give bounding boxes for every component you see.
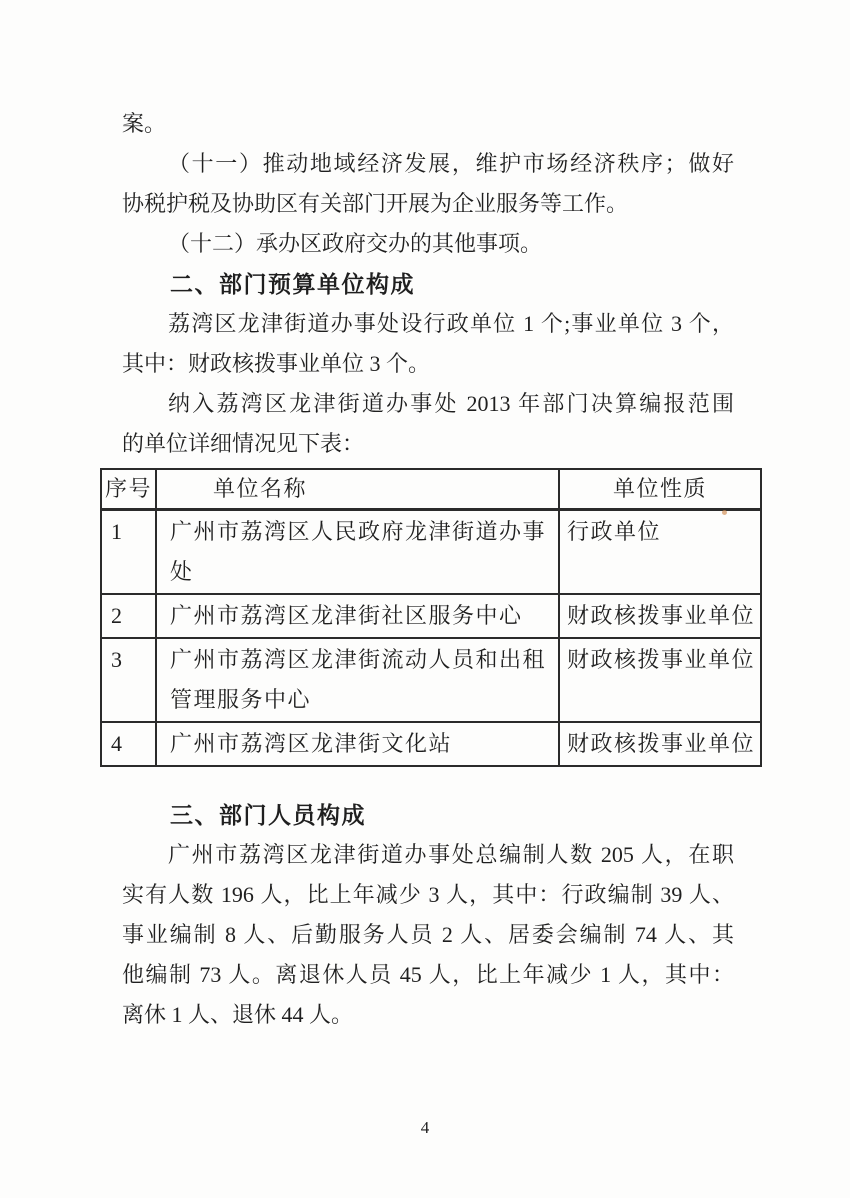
paragraph-staffing: 广州市荔湾区龙津街道办事处总编制人数 205 人，在职实有人数 196 人，比上… xyxy=(122,835,734,1035)
text-line: 的单位详细情况见下表： xyxy=(122,424,734,464)
table-row: 4广州市荔湾区龙津街文化站财政核拨事业单位 xyxy=(101,722,761,766)
table-cell-name: 广州市荔湾区人民政府龙津街道办事处 xyxy=(156,510,559,595)
text-line: 案。 xyxy=(122,104,734,144)
document-content: 案。（十一）推动地域经济发展，维护市场经济秩序；做好协税护税及协助区有关部门开展… xyxy=(122,104,734,1035)
table-row: 2广州市荔湾区龙津街社区服务中心财政核拨事业单位 xyxy=(101,594,761,638)
paragraph-duty-11: （十一）推动地域经济发展，维护市场经济秩序；做好协税护税及协助区有关部门开展为企… xyxy=(122,144,734,224)
table-cell-nature: 行政单位 xyxy=(559,510,761,595)
table-header-row: 序号单位名称单位性质 xyxy=(101,469,761,510)
text-line: 广州市荔湾区龙津街道办事处总编制人数 205 人，在职 xyxy=(122,835,734,875)
text-line: 事业编制 8 人、后勤服务人员 2 人、居委会编制 74 人、其 xyxy=(122,915,734,955)
paragraph-unit-summary: 荔湾区龙津街道办事处设行政单位 1 个;事业单位 3 个，其中：财政核拨事业单位… xyxy=(122,304,734,384)
page-number: 4 xyxy=(0,1118,850,1138)
text-line: 荔湾区龙津街道办事处设行政单位 1 个;事业单位 3 个， xyxy=(122,304,734,344)
table-header-index: 序号 xyxy=(101,469,156,510)
table-cell-index: 1 xyxy=(101,510,156,595)
table-cell-index: 3 xyxy=(101,638,156,722)
text-line: 协税护税及协助区有关部门开展为企业服务等工作。 xyxy=(122,184,734,224)
scanned-document-page: 案。（十一）推动地域经济发展，维护市场经济秩序；做好协税护税及协助区有关部门开展… xyxy=(0,0,850,1198)
table-row: 1广州市荔湾区人民政府龙津街道办事处行政单位 xyxy=(101,510,761,595)
table-cell-index: 4 xyxy=(101,722,156,766)
unit-composition-table: 序号单位名称单位性质1广州市荔湾区人民政府龙津街道办事处行政单位2广州市荔湾区龙… xyxy=(100,468,762,767)
heading-section-two: 二、部门预算单位构成 xyxy=(122,264,734,304)
table-cell-nature: 财政核拨事业单位 xyxy=(559,594,761,638)
scan-artifact-dot xyxy=(722,510,727,515)
text-line: 离休 1 人、退休 44 人。 xyxy=(122,995,734,1035)
text-line: （十一）推动地域经济发展，维护市场经济秩序；做好 xyxy=(122,144,734,184)
text-line: （十二）承办区政府交办的其他事项。 xyxy=(122,224,734,264)
table-cell-name: 广州市荔湾区龙津街流动人员和出租管理服务中心 xyxy=(156,638,559,722)
table-cell-name: 广州市荔湾区龙津街文化站 xyxy=(156,722,559,766)
text-line: 实有人数 196 人，比上年减少 3 人，其中：行政编制 39 人、 xyxy=(122,875,734,915)
heading-section-three: 三、部门人员构成 xyxy=(122,795,734,835)
table-row: 3广州市荔湾区龙津街流动人员和出租管理服务中心财政核拨事业单位 xyxy=(101,638,761,722)
table-cell-index: 2 xyxy=(101,594,156,638)
table-cell-nature: 财政核拨事业单位 xyxy=(559,638,761,722)
text-line: 其中：财政核拨事业单位 3 个。 xyxy=(122,344,734,384)
paragraph-duty-12: （十二）承办区政府交办的其他事项。 xyxy=(122,224,734,264)
table-cell-nature: 财政核拨事业单位 xyxy=(559,722,761,766)
table-header-name: 单位名称 xyxy=(156,469,559,510)
table-header-nature: 单位性质 xyxy=(559,469,761,510)
text-line: 纳入荔湾区龙津街道办事处 2013 年部门决算编报范围 xyxy=(122,384,734,424)
table-cell-name: 广州市荔湾区龙津街社区服务中心 xyxy=(156,594,559,638)
text-line: 他编制 73 人。离退休人员 45 人，比上年减少 1 人，其中： xyxy=(122,955,734,995)
paragraph-table-intro: 纳入荔湾区龙津街道办事处 2013 年部门决算编报范围的单位详细情况见下表： xyxy=(122,384,734,464)
paragraph-overflow: 案。 xyxy=(122,104,734,144)
